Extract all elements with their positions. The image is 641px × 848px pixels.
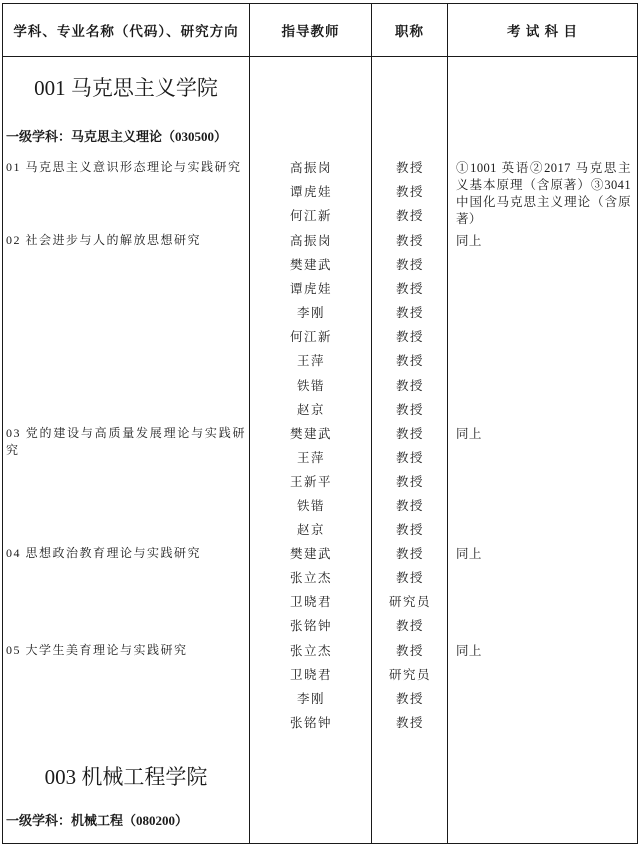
advisor-name: 高振岗 [250,229,372,253]
advisor-title: 教授 [372,566,448,590]
advisor-name: 铁锴 [250,494,372,518]
advisor-title: 教授 [372,422,448,446]
advisor-title: 教授 [372,687,448,711]
header-title: 职称 [372,4,448,56]
advisor-title: 教授 [372,639,448,663]
advisor-name: 何江新 [250,325,372,349]
advisor-titles-row-02: 教授 教授 教授 教授 教授 教授 教授 教授 [372,229,448,422]
advisor-title: 研究员 [372,590,448,614]
research-direction-04: 04 思想政治教育理论与实践研究 [3,542,249,562]
advisor-name: 王萍 [250,446,372,470]
research-direction-05: 05 大学生美育理论与实践研究 [3,639,249,659]
advisor-title: 教授 [372,518,448,542]
advisor-title: 教授 [372,349,448,373]
advisor-name: 张立杰 [250,566,372,590]
advisor-title: 研究员 [372,663,448,687]
advisor-titles-row-05: 教授 研究员 教授 教授 [372,639,448,735]
header-advisor: 指导教师 [250,4,372,56]
advisor-name: 张立杰 [250,639,372,663]
advisor-name: 卫晓君 [250,663,372,687]
advisor-name: 铁锴 [250,374,372,398]
advisor-name: 何江新 [250,204,372,228]
discipline-030500-heading: 一级学科：马克思主义理论（030500） [6,129,248,145]
advisor-title: 教授 [372,253,448,277]
advisor-title: 教授 [372,325,448,349]
exam-subjects-row-02: 同上 [448,229,637,250]
advisor-title: 教授 [372,229,448,253]
advisor-name: 樊建武 [250,542,372,566]
advisor-name: 赵京 [250,518,372,542]
exam-subjects-row-05: 同上 [448,639,637,660]
advisor-name: 樊建武 [250,253,372,277]
advisor-title: 教授 [372,542,448,566]
table-header-row: 学科、专业名称（代码）、研究方向 指导教师 职称 考 试 科 目 [3,4,637,57]
advisor-name: 李刚 [250,301,372,325]
advisor-name: 王新平 [250,470,372,494]
college-001-heading: 001 马克思主义学院 [3,73,249,103]
advisor-title: 教授 [372,446,448,470]
exam-subjects-row-01: ①1001 英语②2017 马克思主义基本原理（含原著）③3041 中国化马克思… [448,156,637,228]
advisor-name: 谭虎娃 [250,277,372,301]
research-direction-02: 02 社会进步与人的解放思想研究 [3,229,249,249]
exam-subjects-row-04: 同上 [448,542,637,563]
advisor-name: 卫晓君 [250,590,372,614]
advisor-title: 教授 [372,180,448,204]
header-discipline-direction: 学科、专业名称（代码）、研究方向 [3,4,250,56]
advisor-titles-row-04: 教授 教授 研究员 教授 [372,542,448,638]
advisor-titles-row-03: 教授 教授 教授 教授 教授 [372,422,448,542]
advisor-names-row-04: 樊建武 张立杰 卫晓君 张铭钟 [250,542,372,638]
advisor-title: 教授 [372,374,448,398]
discipline-080200-heading: 一级学科：机械工程（080200） [6,813,248,829]
advisor-name: 高振岗 [250,156,372,180]
advisor-name: 张铭钟 [250,711,372,735]
advisor-title: 教授 [372,204,448,228]
table-body: 001 马克思主义学院 一级学科：马克思主义理论（030500） 01 马克思主… [3,57,637,844]
advisor-name: 谭虎娃 [250,180,372,204]
advisor-name: 张铭钟 [250,614,372,638]
advisor-names-row-05: 张立杰 卫晓君 李刚 张铭钟 [250,639,372,735]
admissions-catalog-table: 学科、专业名称（代码）、研究方向 指导教师 职称 考 试 科 目 001 马克思… [2,3,638,844]
advisor-title: 教授 [372,277,448,301]
advisor-title: 教授 [372,614,448,638]
advisor-name: 赵京 [250,398,372,422]
advisor-title: 教授 [372,301,448,325]
advisor-names-row-01: 高振岗 谭虎娃 何江新 [250,156,372,228]
header-exam-subjects: 考 试 科 目 [448,4,637,56]
research-direction-01: 01 马克思主义意识形态理论与实践研究 [3,156,249,176]
advisor-title: 教授 [372,494,448,518]
advisor-names-row-02: 高振岗 樊建武 谭虎娃 李刚 何江新 王萍 铁锴 赵京 [250,229,372,422]
advisor-title: 教授 [372,156,448,180]
advisor-title: 教授 [372,470,448,494]
exam-subjects-row-03: 同上 [448,422,637,443]
advisor-titles-row-01: 教授 教授 教授 [372,156,448,228]
advisor-name: 樊建武 [250,422,372,446]
advisor-title: 教授 [372,711,448,735]
research-direction-03: 03 党的建设与高质量发展理论与实践研究 [3,422,249,458]
advisor-title: 教授 [372,398,448,422]
advisor-name: 王萍 [250,349,372,373]
advisor-names-row-03: 樊建武 王萍 王新平 铁锴 赵京 [250,422,372,542]
college-003-heading: 003 机械工程学院 [3,762,249,792]
advisor-name: 李刚 [250,687,372,711]
